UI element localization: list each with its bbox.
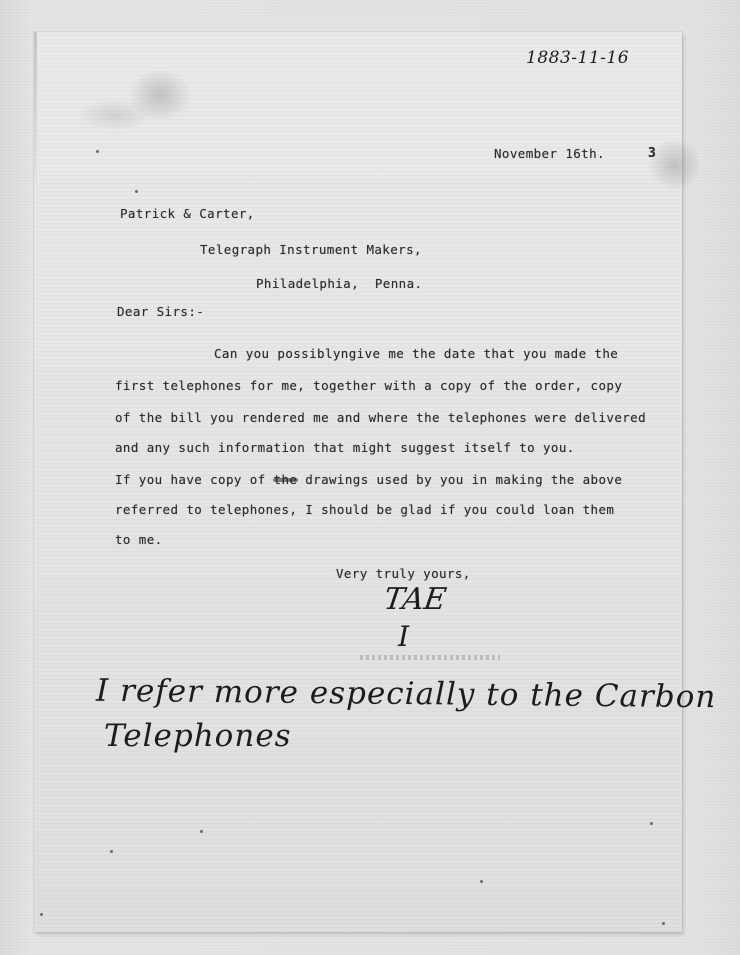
signature: TAE [382,585,448,615]
faint-stamp-mark [360,655,500,660]
body-line-1: Can you possiblyngive me the date that y… [214,346,618,361]
paper-speck [200,830,203,833]
paper-speck [480,880,483,883]
ink-smudge [650,140,700,190]
paper-speck [40,913,43,916]
body2-line-3: to me. [115,532,163,547]
body-line-3: of the bill you rendered me and where th… [115,410,646,425]
page-number: 3 [648,146,656,161]
date-line: November 16th. [494,146,605,161]
body2-line-1: If you have copy of the drawings used by… [115,472,622,487]
salutation: Dear Sirs:- [117,304,204,319]
paper-speck [650,822,653,825]
postscript-line-2: Telephones [104,718,292,754]
body-line-4: and any such information that might sugg… [115,440,575,455]
paper-speck [135,190,138,193]
archive-date-annotation: 1883-11-16 [526,48,629,68]
body2-prefix: If you have copy of [115,472,274,487]
body2-line-2: referred to telephones, I should be glad… [115,502,614,517]
recipient-location: Philadelphia, Penna. [256,276,422,291]
struck-word: the [274,472,298,487]
paper-speck [662,922,665,925]
paper-speck [96,150,99,153]
postscript-line-1: I refer more especially to the Carbon [96,673,717,715]
signature-initial: I [398,620,409,653]
paper-speck [110,850,113,853]
torn-page-edge [34,32,37,182]
body2-suffix: drawings used by you in making the above [297,472,622,487]
paper-smudge [80,100,150,130]
recipient-name: Patrick & Carter, [120,206,255,221]
closing: Very truly yours, [336,566,471,581]
recipient-title: Telegraph Instrument Makers, [200,242,422,257]
body-line-2: first telephones for me, together with a… [115,378,622,393]
